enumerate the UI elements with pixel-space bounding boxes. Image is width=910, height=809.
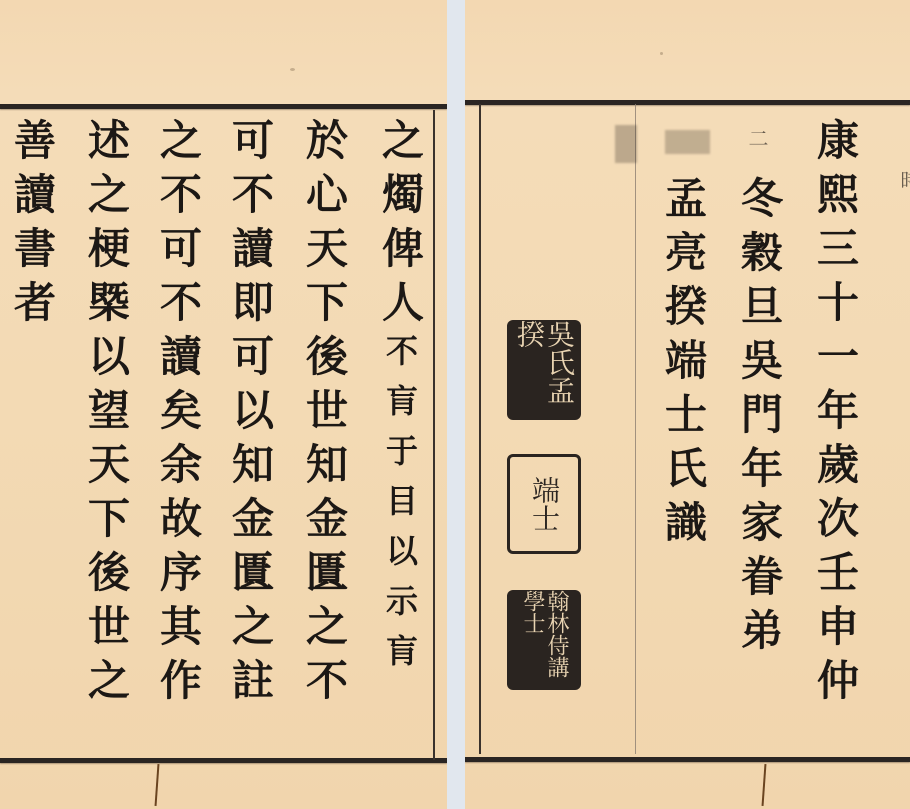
paper-crack <box>155 764 160 806</box>
faded-ink-block <box>665 130 710 154</box>
column-annotation: 不肓于目以示肓 <box>381 334 419 684</box>
column-text: 之燭俾人 <box>376 118 425 334</box>
text-column-5: 述之梗槩以望天下後世之 <box>78 118 134 758</box>
page-gutter <box>447 0 465 809</box>
seal-text: 吳氏孟揆 <box>514 320 574 420</box>
column-text: 康熙三十一年歲次壬申仲 <box>811 118 860 712</box>
column-text: 可不讀即可以知金匱之註 <box>226 118 275 712</box>
right-inner-border <box>433 110 435 760</box>
text-column-3: 可不讀即可以知金匱之註 <box>222 118 278 758</box>
text-column-3: 孟亮揆端士氏識 <box>655 176 711 776</box>
column-text: 孟亮揆端士氏識 <box>659 176 708 554</box>
column-divider <box>635 104 636 754</box>
text-column-4: 之不可不讀矣余故序其作 <box>150 118 206 758</box>
column-text: 於心天下後世知金匱之不 <box>300 118 349 712</box>
ink-spot <box>660 52 663 55</box>
seal-text: 端士 <box>529 476 559 532</box>
column-text: 之不可不讀矣余故序其作 <box>154 118 203 712</box>
prefix-fragment: 二 <box>743 128 772 148</box>
seal-text: 翰林侍講學士 <box>520 590 568 690</box>
column-text: 冬穀旦吳門年家眷弟 <box>735 176 784 662</box>
ink-spot <box>290 68 295 71</box>
left-page: 之燭俾人不肓于目以示肓 於心天下後世知金匱之不 可不讀即可以知金匱之註 之不可不… <box>0 0 447 809</box>
column-text: 善讀書者 <box>8 118 57 334</box>
top-border-rule <box>0 104 447 109</box>
seal-stamp-1: 吳氏孟揆 <box>507 320 581 420</box>
text-column-6: 善讀書者 <box>4 118 60 758</box>
text-column-1: 康熙三十一年歲次壬申仲 <box>807 118 863 768</box>
text-column-2: 冬穀旦吳門年家眷弟 <box>731 176 787 776</box>
faded-ink-block <box>615 125 637 163</box>
bottom-border-rule <box>0 758 447 763</box>
seal-stamp-2: 端士 <box>507 454 581 554</box>
top-border-rule <box>465 100 910 105</box>
column-text: 述之梗槩以望天下後世之 <box>82 118 131 712</box>
seal-stamp-3: 翰林侍講學士 <box>507 590 581 690</box>
edge-fragment: 時 <box>895 170 910 190</box>
text-column-2: 於心天下後世知金匱之不 <box>296 118 352 758</box>
left-inner-border <box>479 104 481 754</box>
right-page: 康熙三十一年歲次壬申仲 二 冬穀旦吳門年家眷弟 孟亮揆端士氏識 時 吳氏孟揆 端… <box>465 0 910 809</box>
text-column-1: 之燭俾人不肓于目以示肓 <box>372 118 428 758</box>
